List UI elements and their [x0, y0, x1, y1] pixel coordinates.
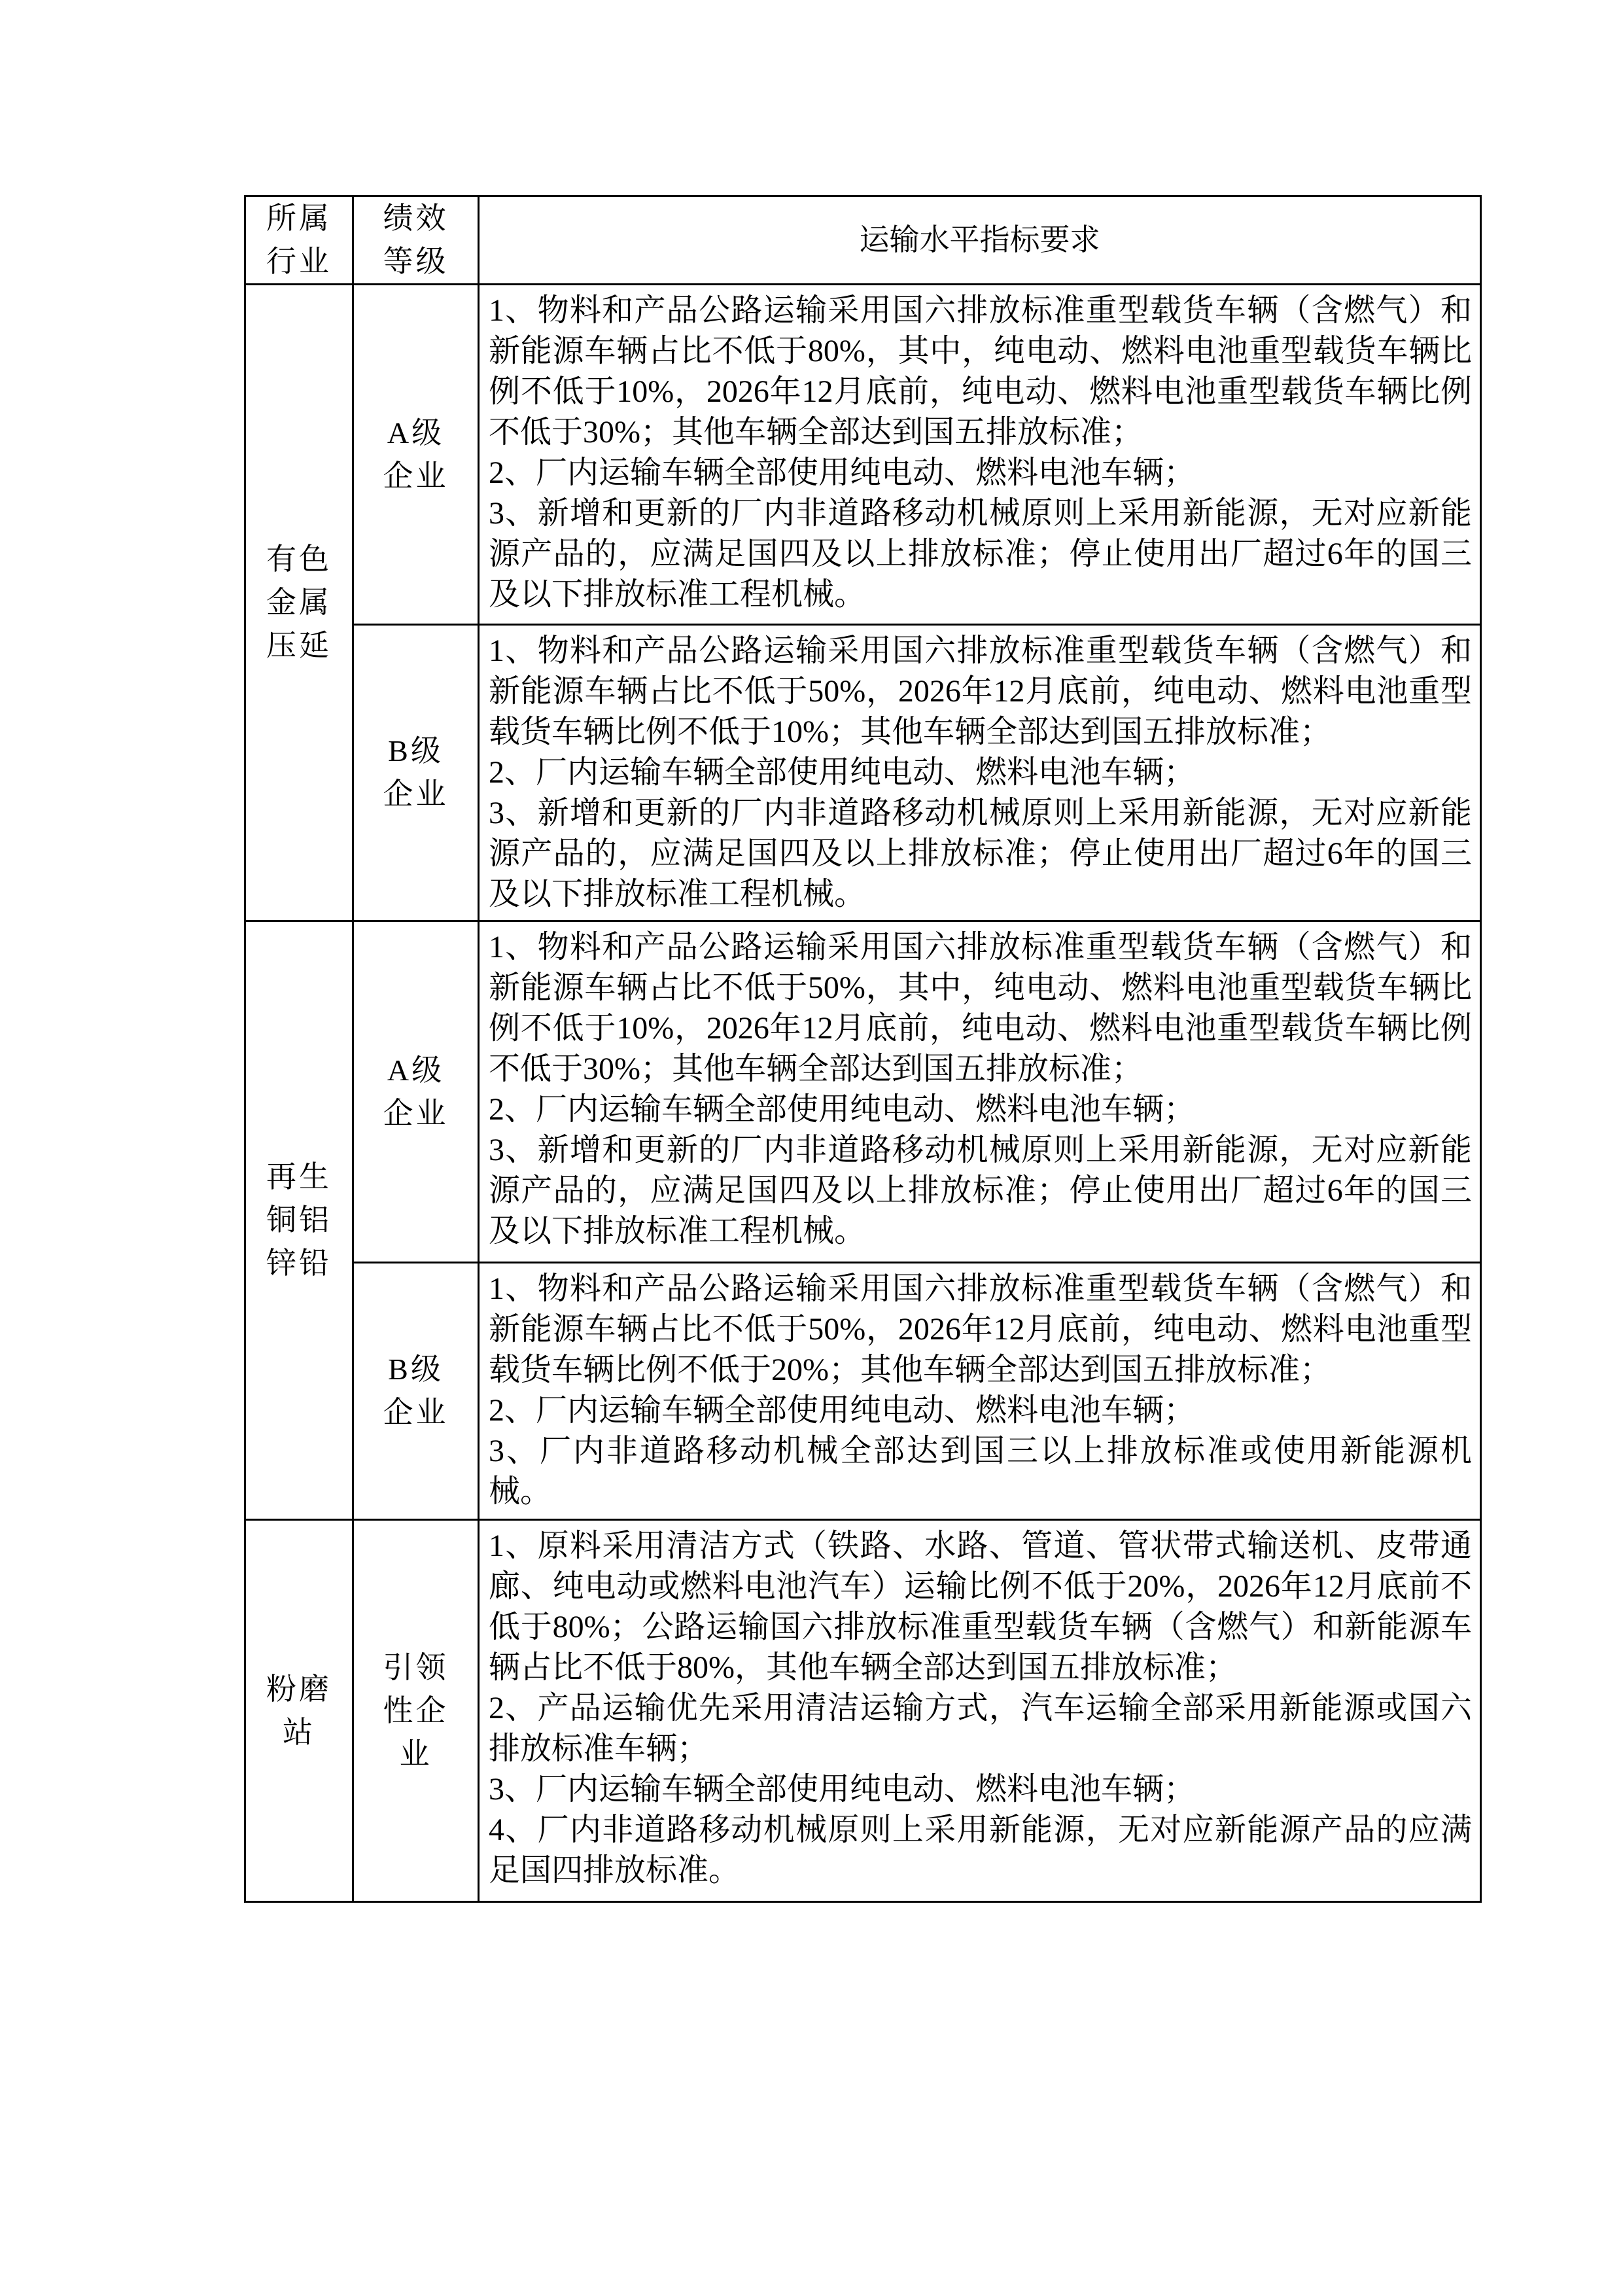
- requirement-item: 4、厂内非道路移动机械原则上采用新能源，无对应新能源产品的应满足国四排放标准。: [489, 1810, 1472, 1891]
- requirement-item: 2、厂内运输车辆全部使用纯电动、燃料电池车辆；: [489, 1089, 1472, 1130]
- requirement-item: 3、新增和更新的厂内非道路移动机械原则上采用新能源，无对应新能源产品的，应满足国…: [489, 793, 1472, 915]
- industry-label: 粉磨站: [265, 1668, 333, 1754]
- industry-cell: 再生铜铝锌铅: [245, 921, 353, 1520]
- grade-label: B级企业: [382, 1348, 450, 1434]
- grade-label: 引领性企业: [382, 1646, 450, 1776]
- table-row: 有色金属压延A级企业1、物料和产品公路运输采用国六排放标准重型载货车辆（含燃气）…: [245, 285, 1481, 625]
- header-requirements-label: 运输水平指标要求: [480, 221, 1480, 260]
- requirement-item: 2、厂内运输车辆全部使用纯电动、燃料电池车辆；: [489, 453, 1472, 493]
- table-header-row: 所属行业 绩效等级 运输水平指标要求: [245, 196, 1481, 285]
- requirements-cell: 1、原料采用清洁方式（铁路、水路、管道、管状带式输送机、皮带通廊、纯电动或燃料电…: [479, 1520, 1481, 1902]
- requirements-cell: 1、物料和产品公路运输采用国六排放标准重型载货车辆（含燃气）和新能源车辆占比不低…: [479, 921, 1481, 1263]
- requirement-item: 3、新增和更新的厂内非道路移动机械原则上采用新能源，无对应新能源产品的，应满足国…: [489, 493, 1472, 615]
- grade-cell: B级企业: [353, 625, 479, 921]
- grade-label: A级企业: [382, 412, 450, 498]
- grade-cell: A级企业: [353, 921, 479, 1263]
- requirement-item: 1、物料和产品公路运输采用国六排放标准重型载货车辆（含燃气）和新能源车辆占比不低…: [489, 631, 1472, 752]
- industry-cell: 粉磨站: [245, 1520, 353, 1902]
- table-row: B级企业1、物料和产品公路运输采用国六排放标准重型载货车辆（含燃气）和新能源车辆…: [245, 1263, 1481, 1520]
- requirement-item: 3、厂内运输车辆全部使用纯电动、燃料电池车辆；: [489, 1769, 1472, 1810]
- grade-label: B级企业: [382, 730, 450, 816]
- header-industry-label: 所属行业: [265, 197, 333, 283]
- grade-cell: 引领性企业: [353, 1520, 479, 1902]
- requirement-item: 1、物料和产品公路运输采用国六排放标准重型载货车辆（含燃气）和新能源车辆占比不低…: [489, 1269, 1472, 1390]
- industry-cell: 有色金属压延: [245, 285, 353, 921]
- requirement-item: 1、物料和产品公路运输采用国六排放标准重型载货车辆（含燃气）和新能源车辆占比不低…: [489, 291, 1472, 453]
- grade-cell: B级企业: [353, 1263, 479, 1520]
- requirements-cell: 1、物料和产品公路运输采用国六排放标准重型载货车辆（含燃气）和新能源车辆占比不低…: [479, 625, 1481, 921]
- header-grade-cell: 绩效等级: [353, 196, 479, 285]
- header-grade-label: 绩效等级: [382, 197, 450, 283]
- requirement-item: 1、物料和产品公路运输采用国六排放标准重型载货车辆（含燃气）和新能源车辆占比不低…: [489, 927, 1472, 1089]
- table-row: 再生铜铝锌铅A级企业1、物料和产品公路运输采用国六排放标准重型载货车辆（含燃气）…: [245, 921, 1481, 1263]
- header-industry-cell: 所属行业: [245, 196, 353, 285]
- table-row: B级企业1、物料和产品公路运输采用国六排放标准重型载货车辆（含燃气）和新能源车辆…: [245, 625, 1481, 921]
- table-row: 粉磨站引领性企业1、原料采用清洁方式（铁路、水路、管道、管状带式输送机、皮带通廊…: [245, 1520, 1481, 1902]
- requirements-cell: 1、物料和产品公路运输采用国六排放标准重型载货车辆（含燃气）和新能源车辆占比不低…: [479, 285, 1481, 625]
- grade-cell: A级企业: [353, 285, 479, 625]
- requirement-item: 3、厂内非道路移动机械全部达到国三以上排放标准或使用新能源机械。: [489, 1431, 1472, 1512]
- requirement-item: 2、产品运输优先采用清洁运输方式，汽车运输全部采用新能源或国六排放标准车辆；: [489, 1688, 1472, 1769]
- industry-label: 再生铜铝锌铅: [265, 1156, 333, 1285]
- grade-label: A级企业: [382, 1049, 450, 1135]
- requirement-item: 1、原料采用清洁方式（铁路、水路、管道、管状带式输送机、皮带通廊、纯电动或燃料电…: [489, 1526, 1472, 1688]
- document-page: 所属行业 绩效等级 运输水平指标要求 有色金属压延A级企业1、物料和产品公路运输…: [0, 0, 1623, 2296]
- header-requirements-cell: 运输水平指标要求: [479, 196, 1481, 285]
- transport-requirements-table: 所属行业 绩效等级 运输水平指标要求 有色金属压延A级企业1、物料和产品公路运输…: [244, 195, 1482, 1903]
- requirement-item: 3、新增和更新的厂内非道路移动机械原则上采用新能源，无对应新能源产品的，应满足国…: [489, 1130, 1472, 1252]
- requirement-item: 2、厂内运输车辆全部使用纯电动、燃料电池车辆；: [489, 1390, 1472, 1431]
- requirement-item: 2、厂内运输车辆全部使用纯电动、燃料电池车辆；: [489, 752, 1472, 793]
- industry-label: 有色金属压延: [265, 538, 333, 667]
- requirements-cell: 1、物料和产品公路运输采用国六排放标准重型载货车辆（含燃气）和新能源车辆占比不低…: [479, 1263, 1481, 1520]
